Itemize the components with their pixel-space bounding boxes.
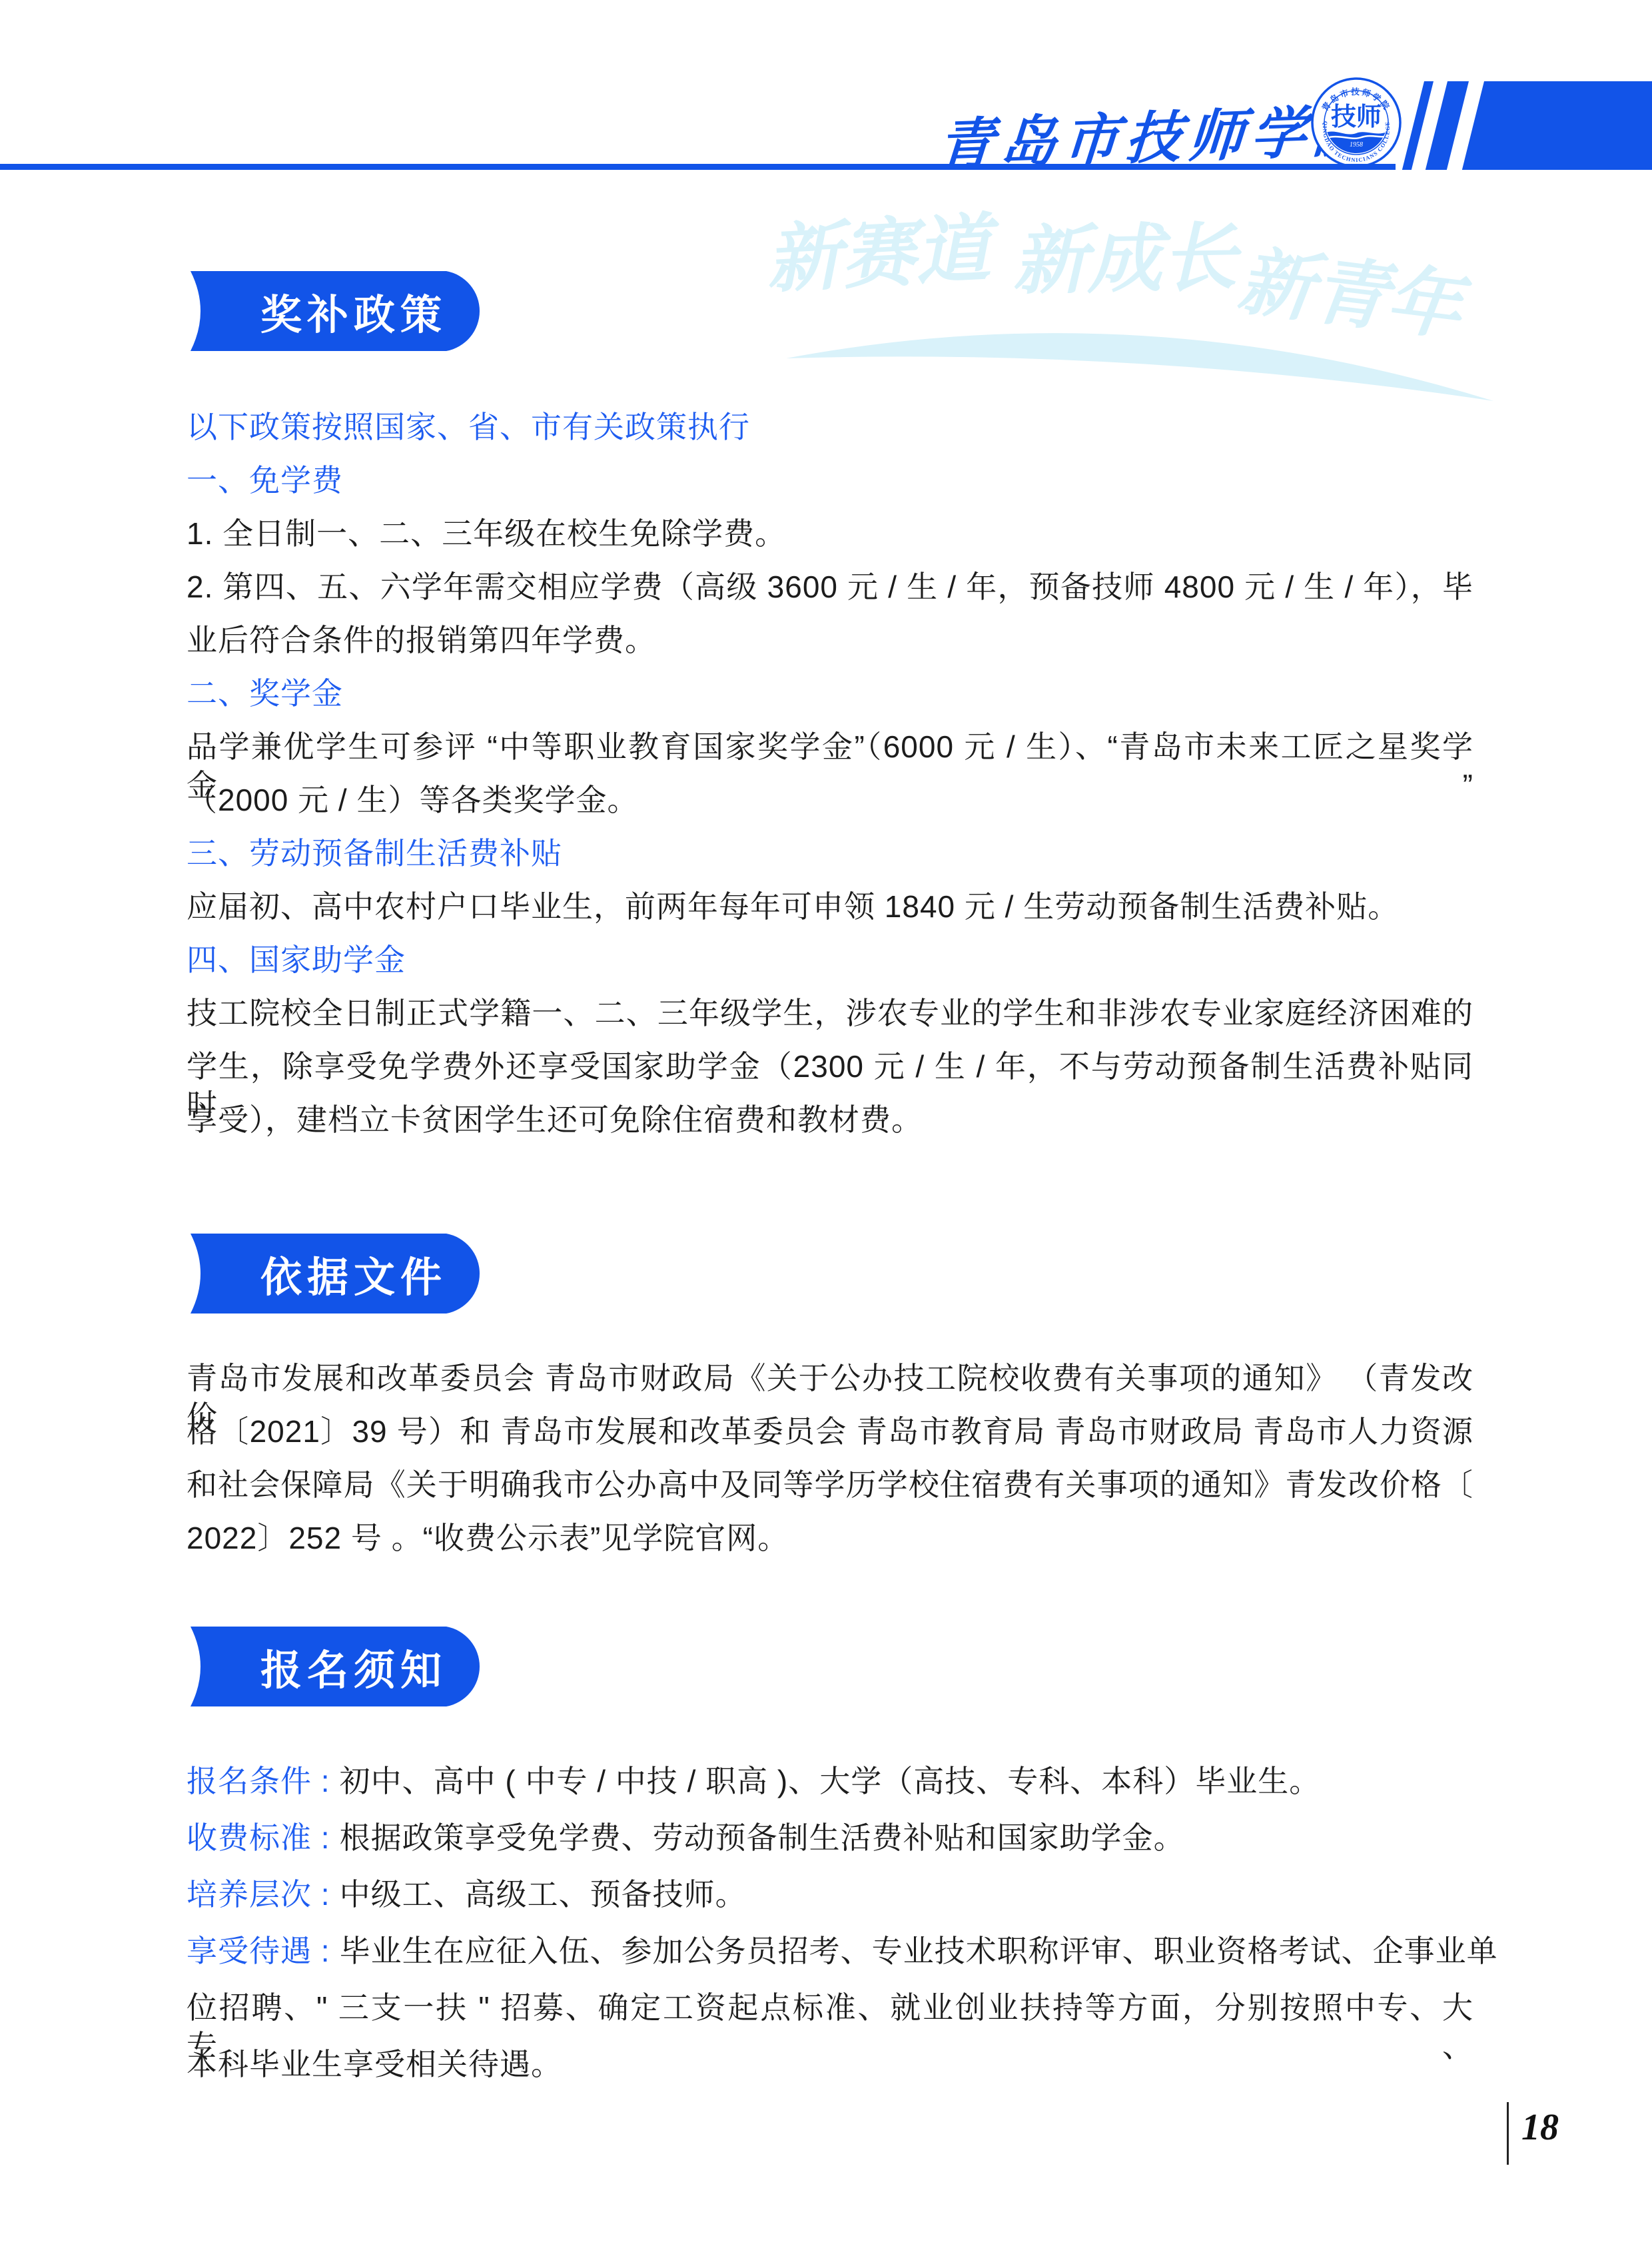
signup-item-levels: 培养层次 :中级工、高级工、预备技师。 <box>187 1875 1473 1914</box>
header-corner-block <box>1462 81 1652 170</box>
signup-label: 培养层次 : <box>187 1877 330 1912</box>
signup-text: 本科毕业生享受相关待遇。 <box>187 2047 562 2081</box>
section-title-signup: 报名须知 <box>206 1625 501 1708</box>
awards-intro-line: 以下政策按照国家、省、市有关政策执行 <box>187 408 1473 446</box>
basis-body-line: 格〔2021〕39 号）和 青岛市发展和改革委员会 青岛市教育局 青岛市财政局 … <box>187 1412 1473 1451</box>
awards-heading-3: 三、劳动预备制生活费补贴 <box>187 834 1473 873</box>
school-seal-logo: 青岛市技师学院 QINGDAO TECHNICIANS COLLEGE 技师 1… <box>1310 76 1403 169</box>
signup-item-fees: 收费标准 :根据政策享受免学费、劳动预备制生活费补贴和国家助学金。 <box>187 1818 1473 1857</box>
signup-text: 中级工、高级工、预备技师。 <box>340 1877 747 1912</box>
section-title-awards: 奖补政策 <box>206 270 501 352</box>
section-badge-awards: 奖补政策 <box>180 270 501 352</box>
seal-center-glyphs: 技师 <box>1331 101 1382 131</box>
signup-text: 初中、高中 ( 中专 / 中技 / 职高 )、大学（高技、专科、本科）毕业生。 <box>340 1764 1321 1798</box>
awards-body-line: 技工院校全日制正式学籍一、二、三年级学生，涉农专业的学生和非涉农专业家庭经济困难… <box>187 994 1473 1032</box>
seal-year: 1958 <box>1350 141 1363 149</box>
header-diagonal-stripe-medium <box>1426 81 1469 170</box>
awards-heading-2: 二、奖学金 <box>187 674 1473 713</box>
section-badge-signup: 报名须知 <box>180 1625 501 1708</box>
awards-body-line: 业后符合条件的报销第四年学费。 <box>187 621 1473 659</box>
awards-body-line: 享受），建档立卡贫困学生还可免除住宿费和教材费。 <box>187 1100 1473 1139</box>
brochure-page: 青岛市技师学院 青岛市技师学院 QINGDAO TECHNICIANS COLL… <box>0 0 1652 2242</box>
awards-heading-1: 一、免学费 <box>187 461 1473 500</box>
signup-label: 享受待遇 : <box>187 1934 330 1968</box>
signup-text: 根据政策享受免学费、劳动预备制生活费补贴和国家助学金。 <box>340 1820 1185 1855</box>
section-title-basis: 依据文件 <box>206 1232 501 1315</box>
awards-heading-4: 四、国家助学金 <box>187 940 1473 979</box>
awards-body-line: （2000 元 / 生）等各类奖学金。 <box>187 781 1473 819</box>
signup-text: 毕业生在应征入伍、参加公务员招考、专业技术职称评审、职业资格考试、企事业单 <box>340 1934 1498 1968</box>
header-rule-line <box>0 164 1396 170</box>
page-number: 18 <box>1521 2106 1559 2149</box>
signup-item-conditions: 报名条件 :初中、高中 ( 中专 / 中技 / 职高 )、大学（高技、专科、本科… <box>187 1762 1473 1800</box>
section-badge-basis: 依据文件 <box>180 1232 501 1315</box>
page-number-divider <box>1507 2102 1509 2165</box>
signup-item-benefits-end: 本科毕业生享受相关待遇。 <box>187 2045 1473 2083</box>
signup-label: 收费标准 : <box>187 1820 330 1855</box>
basis-body-line: 2022〕252 号 。“收费公示表”见学院官网。 <box>187 1519 1473 1557</box>
signup-item-benefits: 享受待遇 :毕业生在应征入伍、参加公务员招考、专业技术职称评审、职业资格考试、企… <box>187 1932 1473 1970</box>
awards-body-line: 2. 第四、五、六学年需交相应学费（高级 3600 元 / 生 / 年，预备技师… <box>187 567 1473 606</box>
signup-label: 报名条件 : <box>187 1764 330 1798</box>
awards-body-line: 1. 全日制一、二、三年级在校生免除学费。 <box>187 514 1473 553</box>
awards-body-line: 应届初、高中农村户口毕业生，前两年每年可申领 1840 元 / 生劳动预备制生活… <box>187 887 1473 926</box>
basis-body-line: 和社会保障局《关于明确我市公办高中及同等学历学校住宿费有关事项的通知》青发改价格… <box>187 1465 1473 1504</box>
